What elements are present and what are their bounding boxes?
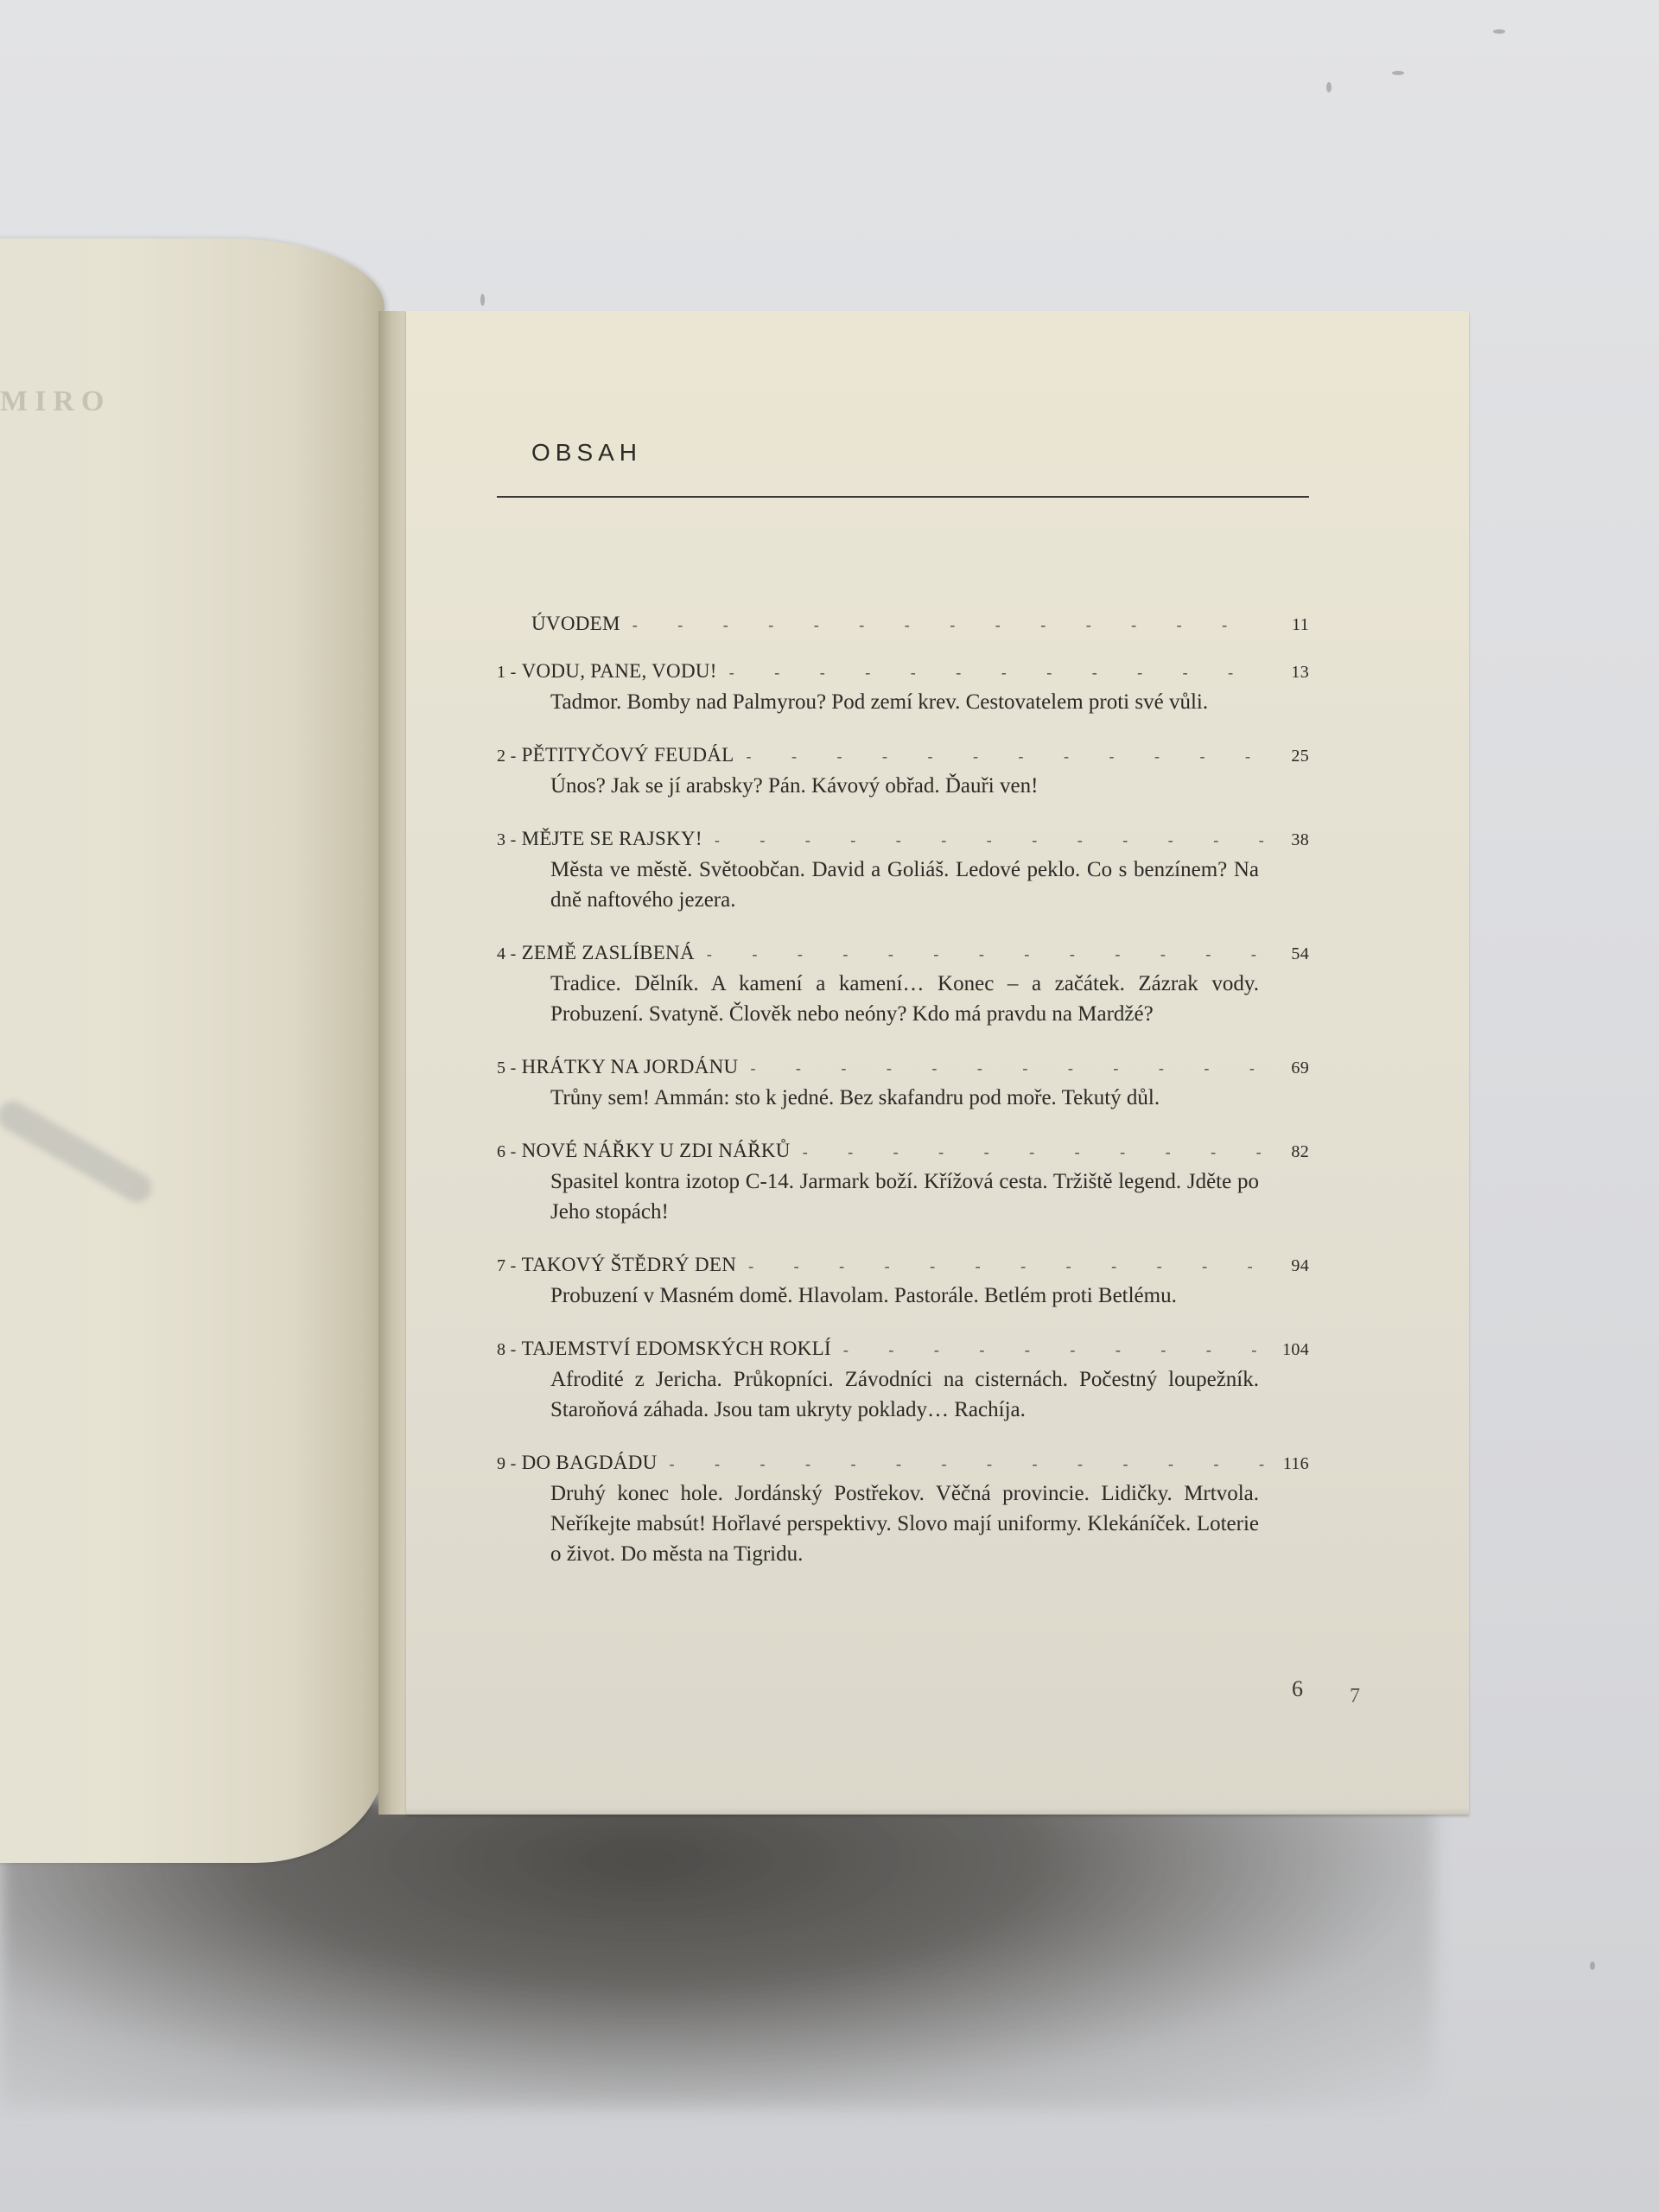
toc-heading: 2 - PĚTITYČOVÝ FEUDÁL - - - - - - - - - … xyxy=(497,741,1309,771)
toc-entry-page: 38 xyxy=(1276,825,1309,855)
toc-entry-page: 116 xyxy=(1276,1449,1309,1478)
chapter-number: 4 - xyxy=(497,939,517,969)
toc-entry-page: 54 xyxy=(1276,939,1309,969)
toc-entry-summary: Druhý konec hole. Jordánský Postřekov. V… xyxy=(550,1478,1259,1569)
dot-leader: - - - - - - - - - - - - - - - - - - - xyxy=(670,1449,1264,1478)
wall-speck xyxy=(1326,82,1332,92)
toc-heading: 9 - DO BAGDÁDU - - - - - - - - - - - - -… xyxy=(497,1448,1309,1478)
chapter-number: 5 - xyxy=(497,1053,517,1083)
dot-leader: - - - - - - - - - - - - - - - - xyxy=(729,658,1264,687)
toc-entry-page: 94 xyxy=(1276,1251,1309,1281)
left-page-ghost-illustration xyxy=(0,1096,157,1207)
toc-entry-page: 82 xyxy=(1276,1137,1309,1166)
chapter-number: 6 - xyxy=(497,1137,517,1166)
toc-entry-summary: Tradice. Dělník. A kamení a kamení… Kone… xyxy=(550,969,1259,1029)
toc-entry-title: NOVÉ NÁŘKY U ZDI NÁŘKŮ xyxy=(522,1136,791,1166)
toc-entry-7: 7 - TAKOVÝ ŠTĚDRÝ DEN - - - - - - - - - … xyxy=(497,1250,1309,1311)
dot-leader: - - - - - - - - - - - - - - - - - xyxy=(750,1053,1264,1083)
toc-entry-summary: Města ve městě. Světoobčan. David a Goli… xyxy=(550,855,1259,915)
wall-speck xyxy=(1590,1961,1595,1970)
page-number: 6 xyxy=(1292,1676,1303,1702)
toc-entry-summary: Afrodité z Jericha. Průkopníci. Závodníc… xyxy=(550,1364,1259,1425)
toc-entry-summary: Únos? Jak se jí arabsky? Pán. Kávový obř… xyxy=(550,771,1259,801)
toc-entry-title: HRÁTKY NA JORDÁNU xyxy=(522,1052,739,1082)
toc-entry-page: 11 xyxy=(1276,610,1309,639)
toc-entry-title: VODU, PANE, VODU! xyxy=(522,657,717,686)
toc-entry-page: 13 xyxy=(1276,658,1309,687)
chapter-number: 8 - xyxy=(497,1335,517,1364)
toc-entry-9: 9 - DO BAGDÁDU - - - - - - - - - - - - -… xyxy=(497,1448,1309,1569)
toc-entry-summary: Spasitel kontra izotop C-14. Jarmark bož… xyxy=(550,1166,1259,1227)
toc-entry-title: MĚJTE SE RAJSKY! xyxy=(522,824,702,854)
toc-entry-summary: Tadmor. Bomby nad Palmyrou? Pod zemí kre… xyxy=(550,687,1259,717)
toc-heading: 5 - HRÁTKY NA JORDÁNU - - - - - - - - - … xyxy=(497,1052,1309,1083)
wall-speck xyxy=(1392,71,1404,75)
dot-leader: - - - - - - - - - - - - - - - - - xyxy=(707,939,1264,969)
toc-entry-6: 6 - NOVÉ NÁŘKY U ZDI NÁŘKŮ - - - - - - -… xyxy=(497,1136,1309,1227)
toc-entry-page: 104 xyxy=(1276,1335,1309,1364)
toc-entry-summary: Trůny sem! Ammán: sto k jedné. Bez skafa… xyxy=(550,1083,1259,1113)
left-page: MIRO xyxy=(0,238,385,1863)
toc-entry-summary: Probuzení v Masném domě. Hlavolam. Pasto… xyxy=(550,1281,1259,1311)
toc-entry-4: 4 - ZEMĚ ZASLÍBENÁ - - - - - - - - - - -… xyxy=(497,938,1309,1029)
dot-leader: - - - - - - - - - - - - xyxy=(843,1335,1264,1364)
toc-heading: ÚVODEM - - - - - - - - - - - - - - - - -… xyxy=(531,609,1309,639)
toc-entry-2: 2 - PĚTITYČOVÝ FEUDÁL - - - - - - - - - … xyxy=(497,741,1309,801)
toc-heading: 8 - TAJEMSTVÍ EDOMSKÝCH ROKLÍ - - - - - … xyxy=(497,1334,1309,1364)
toc-entry-page: 25 xyxy=(1276,741,1309,771)
right-page: OBSAH ÚVODEM - - - - - - - - - - - - - -… xyxy=(406,311,1469,1815)
toc-entry-title: ZEMĚ ZASLÍBENÁ xyxy=(522,938,695,968)
dot-leader: - - - - - - - - - - - - - - - - - xyxy=(748,1251,1264,1281)
dot-leader: - - - - - - - - - - - - - - - - - - xyxy=(632,610,1264,639)
toc-entry-title: PĚTITYČOVÝ FEUDÁL xyxy=(522,741,734,770)
page-number-bleed-through: 7 xyxy=(1350,1685,1360,1708)
dot-leader: - - - - - - - - - - - - - - - - - - xyxy=(715,825,1264,855)
toc-heading: 3 - MĚJTE SE RAJSKY! - - - - - - - - - -… xyxy=(497,824,1309,855)
toc-entry-8: 8 - TAJEMSTVÍ EDOMSKÝCH ROKLÍ - - - - - … xyxy=(497,1334,1309,1425)
toc-entry-1: 1 - VODU, PANE, VODU! - - - - - - - - - … xyxy=(497,657,1309,717)
chapter-number: 2 - xyxy=(497,741,517,771)
toc-heading: 6 - NOVÉ NÁŘKY U ZDI NÁŘKŮ - - - - - - -… xyxy=(497,1136,1309,1166)
wall-speck xyxy=(1493,29,1505,34)
toc-list: ÚVODEM - - - - - - - - - - - - - - - - -… xyxy=(497,609,1309,1592)
toc-heading: 1 - VODU, PANE, VODU! - - - - - - - - - … xyxy=(497,657,1309,687)
toc-divider xyxy=(497,496,1309,498)
toc-entry-page: 69 xyxy=(1276,1053,1309,1083)
toc-heading: 4 - ZEMĚ ZASLÍBENÁ - - - - - - - - - - -… xyxy=(497,938,1309,969)
toc-title: OBSAH xyxy=(531,439,642,467)
toc-entry-title: DO BAGDÁDU xyxy=(522,1448,658,1478)
toc-heading: 7 - TAKOVÝ ŠTĚDRÝ DEN - - - - - - - - - … xyxy=(497,1250,1309,1281)
chapter-number: 3 - xyxy=(497,825,517,855)
dot-leader: - - - - - - - - - - - - - xyxy=(803,1137,1264,1166)
toc-entry-5: 5 - HRÁTKY NA JORDÁNU - - - - - - - - - … xyxy=(497,1052,1309,1113)
dot-leader: - - - - - - - - - - - - - - - - - xyxy=(747,741,1264,771)
toc-entry-intro: ÚVODEM - - - - - - - - - - - - - - - - -… xyxy=(531,609,1309,639)
chapter-number: 9 - xyxy=(497,1449,517,1478)
left-page-ghost-text: MIRO xyxy=(0,385,111,418)
toc-entry-title: TAJEMSTVÍ EDOMSKÝCH ROKLÍ xyxy=(522,1334,831,1363)
toc-entry-title: TAKOVÝ ŠTĚDRÝ DEN xyxy=(522,1250,737,1280)
toc-entry-title: ÚVODEM xyxy=(531,609,620,639)
wall-speck xyxy=(480,294,485,306)
chapter-number: 1 - xyxy=(497,658,517,687)
chapter-number: 7 - xyxy=(497,1251,517,1281)
toc-entry-3: 3 - MĚJTE SE RAJSKY! - - - - - - - - - -… xyxy=(497,824,1309,915)
